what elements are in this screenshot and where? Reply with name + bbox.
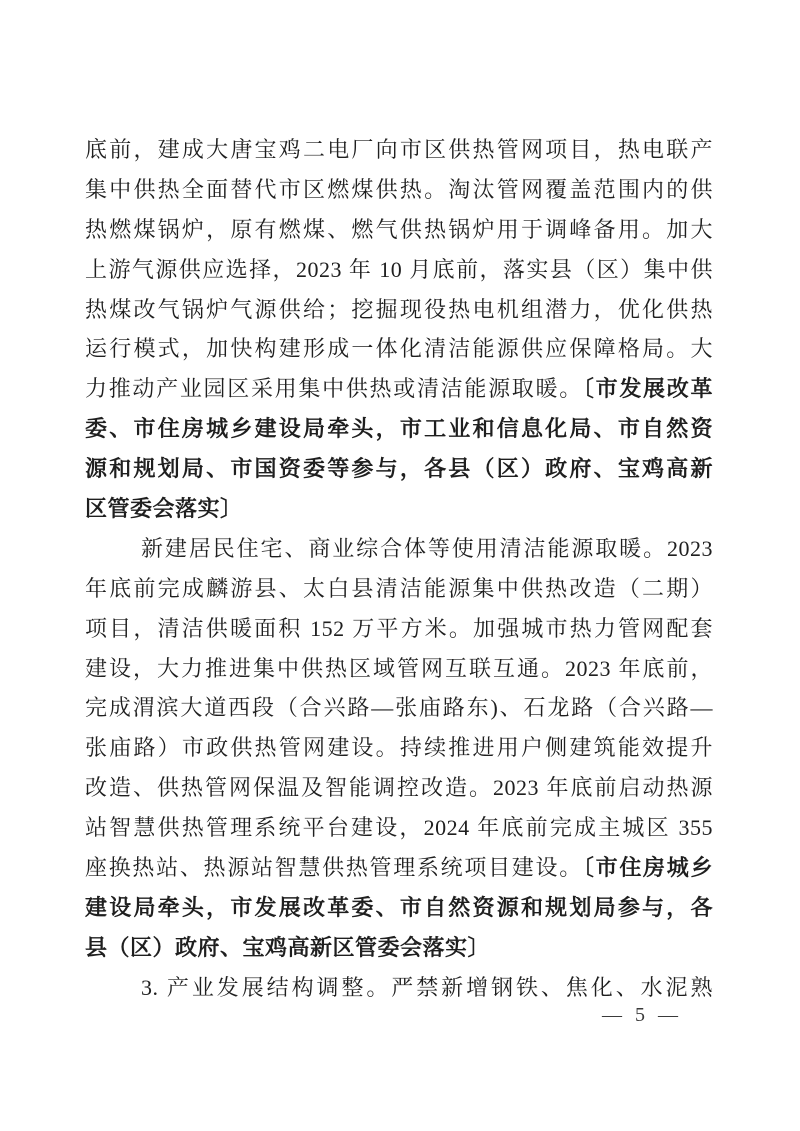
- text-line: 改造、供热管网保温及智能调控改造。2023 年底前启动热源: [85, 768, 713, 808]
- text-line: 力推动产业园区采用集中供热或清洁能源取暖。〔市发展改革: [85, 369, 713, 409]
- body-text-segment: 年底前完成麟游县、太白县清洁能源集中供热改造（二期）: [85, 576, 713, 601]
- text-line: 上游气源供应选择，2023 年 10 月底前，落实县（区）集中供: [85, 250, 713, 290]
- responsibility-clause-segment: 建设局牵头，市发展改革委、市自然资源和规划局参与，各: [85, 895, 713, 920]
- body-text-segment: 力推动产业园区采用集中供热或清洁能源取暖。: [85, 376, 583, 401]
- body-text-segment: 热燃煤锅炉，原有燃煤、燃气供热锅炉用于调峰备用。加大: [85, 217, 713, 242]
- text-line: 张庙路）市政供热管网建设。持续推进用户侧建筑能效提升: [85, 728, 713, 768]
- document-page: 底前，建成大唐宝鸡二电厂向市区供热管网项目，热电联产集中供热全面替代市区燃煤供热…: [0, 0, 800, 1131]
- text-line: 项目，清洁供暖面积 152 万平方米。加强城市热力管网配套: [85, 609, 713, 649]
- text-line: 源和规划局、市国资委等参与，各县（区）政府、宝鸡高新: [85, 449, 713, 489]
- document-body: 底前，建成大唐宝鸡二电厂向市区供热管网项目，热电联产集中供热全面替代市区燃煤供热…: [85, 130, 713, 1008]
- text-line: 建设局牵头，市发展改革委、市自然资源和规划局参与，各: [85, 888, 713, 928]
- page-number: — 5 —: [602, 1004, 682, 1026]
- body-text-segment: 完成渭滨大道西段（合兴路—张庙路东)、石龙路（合兴路—: [85, 695, 713, 720]
- body-text-segment: 运行模式，加快构建形成一体化清洁能源供应保障格局。大: [85, 336, 713, 361]
- text-line: 年底前完成麟游县、太白县清洁能源集中供热改造（二期）: [85, 569, 713, 609]
- text-line: 热燃煤锅炉，原有燃煤、燃气供热锅炉用于调峰备用。加大: [85, 210, 713, 250]
- body-text-segment: 张庙路）市政供热管网建设。持续推进用户侧建筑能效提升: [85, 735, 713, 760]
- body-text-segment: 底前，建成大唐宝鸡二电厂向市区供热管网项目，热电联产: [85, 137, 713, 162]
- text-line: 建设，大力推进集中供热区域管网互联互通。2023 年底前，: [85, 649, 713, 689]
- responsibility-clause-segment: 〔市发展改革: [583, 376, 713, 401]
- para-heating-network-continuation: 底前，建成大唐宝鸡二电厂向市区供热管网项目，热电联产集中供热全面替代市区燃煤供热…: [85, 130, 713, 529]
- body-text-segment: 建设，大力推进集中供热区域管网互联互通。2023 年底前，: [85, 656, 713, 681]
- text-line: 委、市住房城乡建设局牵头，市工业和信息化局、市自然资: [85, 409, 713, 449]
- text-line: 县（区）政府、宝鸡高新区管委会落实〕: [85, 928, 713, 968]
- text-line: 新建居民住宅、商业综合体等使用清洁能源取暖。2023: [85, 529, 713, 569]
- text-line: 座换热站、热源站智慧供热管理系统项目建设。〔市住房城乡: [85, 848, 713, 888]
- text-line: 集中供热全面替代市区燃煤供热。淘汰管网覆盖范围内的供: [85, 170, 713, 210]
- para-clean-energy-residential: 新建居民住宅、商业综合体等使用清洁能源取暖。2023年底前完成麟游县、太白县清洁…: [85, 529, 713, 968]
- responsibility-clause-segment: 县（区）政府、宝鸡高新区管委会落实〕: [85, 935, 490, 960]
- text-line: 区管委会落实〕: [85, 489, 713, 529]
- page-footer: — 5 —: [602, 1004, 682, 1027]
- responsibility-clause-segment: 区管委会落实〕: [85, 496, 243, 521]
- body-text-segment: 站智慧供热管理系统平台建设，2024 年底前完成主城区 355: [85, 815, 713, 840]
- body-text-segment: 集中供热全面替代市区燃煤供热。淘汰管网覆盖范围内的供: [85, 177, 713, 202]
- text-line: 底前，建成大唐宝鸡二电厂向市区供热管网项目，热电联产: [85, 130, 713, 170]
- responsibility-clause-segment: 委、市住房城乡建设局牵头，市工业和信息化局、市自然资: [85, 416, 713, 441]
- text-line: 站智慧供热管理系统平台建设，2024 年底前完成主城区 355: [85, 808, 713, 848]
- text-line: 运行模式，加快构建形成一体化清洁能源供应保障格局。大: [85, 329, 713, 369]
- responsibility-clause-segment: 源和规划局、市国资委等参与，各县（区）政府、宝鸡高新: [85, 456, 713, 481]
- text-line: 热煤改气锅炉气源供给；挖掘现役热电机组潜力，优化供热: [85, 290, 713, 330]
- body-text-segment: 改造、供热管网保温及智能调控改造。2023 年底前启动热源: [85, 775, 713, 800]
- responsibility-clause-segment: 〔市住房城乡: [583, 855, 713, 880]
- body-text-segment: 项目，清洁供暖面积 152 万平方米。加强城市热力管网配套: [85, 616, 713, 641]
- body-text-segment: 热煤改气锅炉气源供给；挖掘现役热电机组潜力，优化供热: [85, 297, 713, 322]
- para-industry-structure-adjustment: 3. 产业发展结构调整。严禁新增钢铁、焦化、水泥熟: [85, 968, 713, 1008]
- body-text-segment: 3. 产业发展结构调整。严禁新增钢铁、焦化、水泥熟: [141, 975, 713, 1000]
- body-text-segment: 座换热站、热源站智慧供热管理系统项目建设。: [85, 855, 583, 880]
- body-text-segment: 新建居民住宅、商业综合体等使用清洁能源取暖。2023: [141, 536, 713, 561]
- text-line: 完成渭滨大道西段（合兴路—张庙路东)、石龙路（合兴路—: [85, 688, 713, 728]
- body-text-segment: 上游气源供应选择，2023 年 10 月底前，落实县（区）集中供: [85, 257, 713, 282]
- text-line: 3. 产业发展结构调整。严禁新增钢铁、焦化、水泥熟: [85, 968, 713, 1008]
